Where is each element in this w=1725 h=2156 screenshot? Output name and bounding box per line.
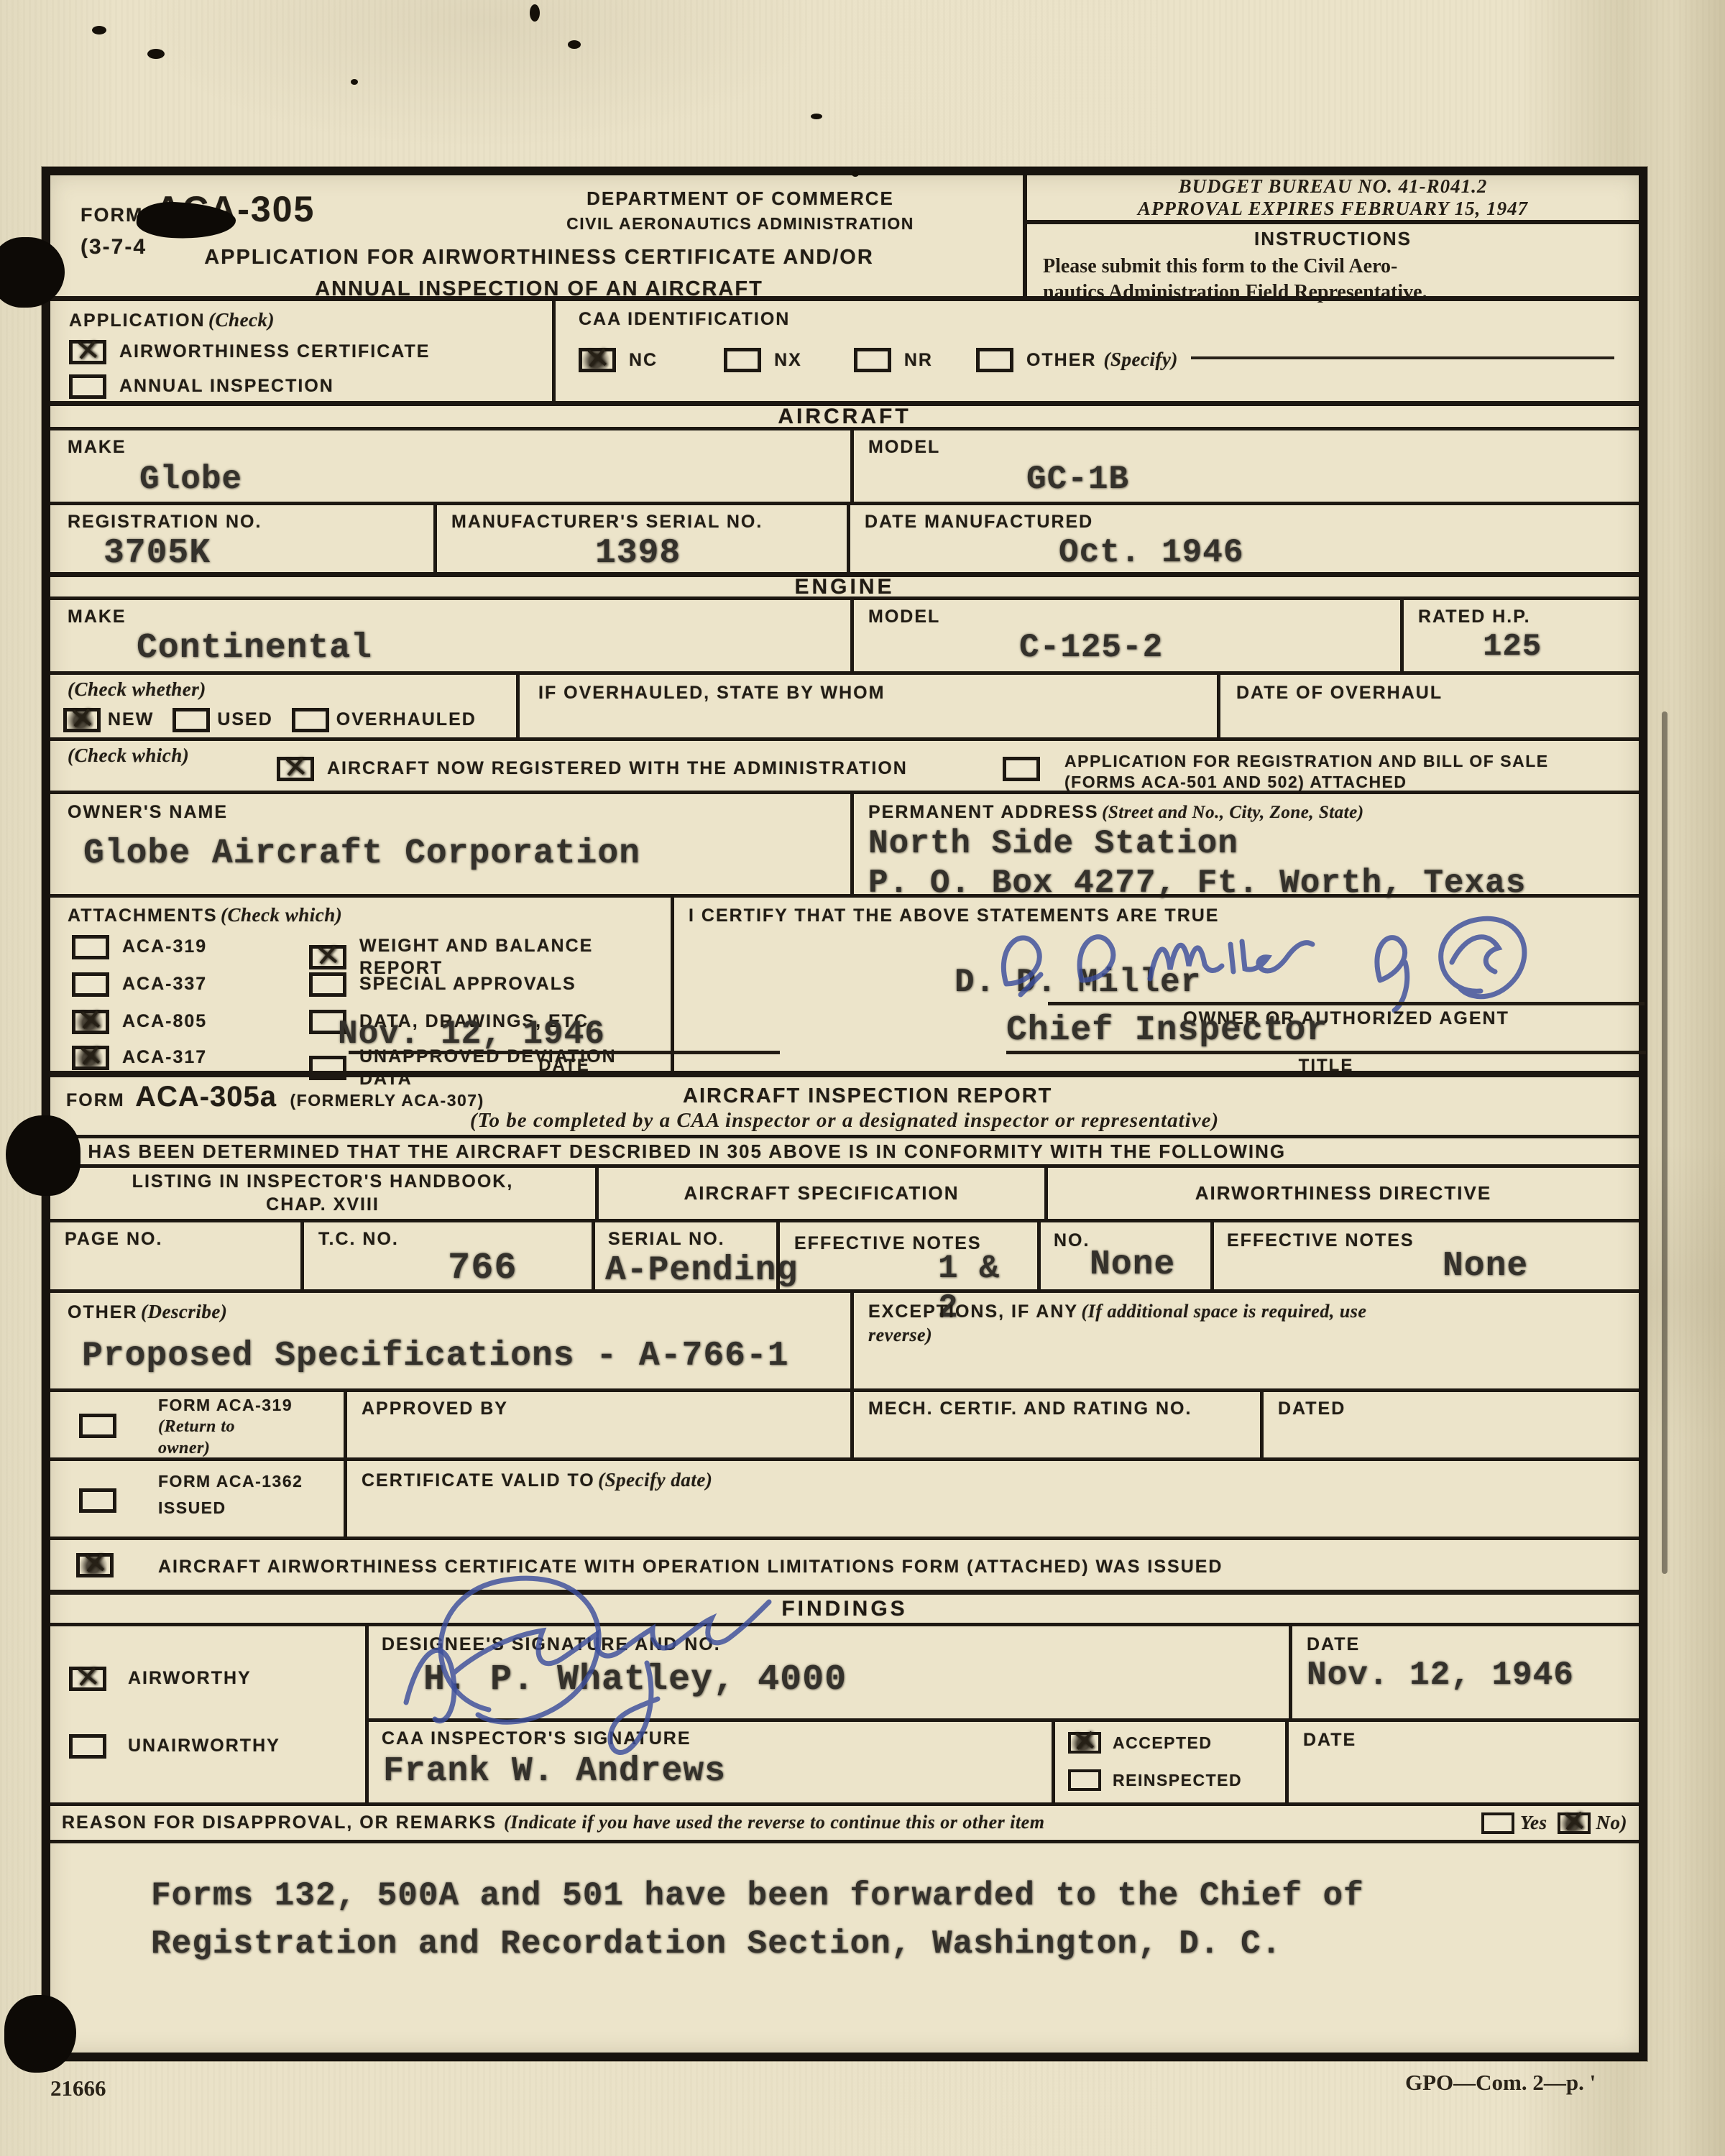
approval-expires-line: APPROVAL EXPIRES FEBRUARY 15, 1947: [1138, 198, 1528, 220]
owner-name-value: Globe Aircraft Corporation: [83, 834, 850, 875]
form-1362-checkbox[interactable]: [79, 1488, 116, 1513]
engine-new-checkbox[interactable]: [63, 708, 101, 732]
certification-cell: I CERTIFY THAT THE ABOVE STATEMENTS ARE …: [671, 898, 1639, 1071]
reinspected-checkbox[interactable]: [1068, 1769, 1101, 1791]
registration-cell: REGISTRATION NO. 3705K: [50, 505, 433, 572]
tc-no-value: 766: [448, 1246, 592, 1291]
overhauled-by-label: IF OVERHAULED, STATE BY WHOM: [538, 682, 1217, 704]
inspection-report-header-cell: FORM ACA-305a (FORMERLY ACA-307) AIRCRAF…: [50, 1077, 1639, 1164]
registration-attached-line2: (FORMS ACA-501 AND 502) ATTACHED: [1064, 772, 1549, 793]
airworthiness-certificate-checkbox[interactable]: [69, 340, 106, 364]
accepted-checkbox[interactable]: [1068, 1732, 1101, 1754]
date-manufactured-value: Oct. 1946: [1059, 533, 1639, 573]
registration-status-cell: (Check which) AIRCRAFT NOW REGISTERED WI…: [50, 741, 1639, 791]
remarks-line1: Forms 132, 500A and 501 have been forwar…: [151, 1872, 1639, 1920]
attachments-note: (Check which): [221, 904, 342, 926]
directive-notes-cell: EFFECTIVE NOTES None: [1210, 1222, 1639, 1289]
handbook-header-line2: CHAP. XVIII: [266, 1194, 379, 1216]
aircraft-make-label: MAKE: [68, 436, 850, 459]
nx-checkbox[interactable]: [724, 348, 761, 372]
exceptions-cell: EXCEPTIONS, IF ANY (If additional space …: [850, 1293, 1639, 1388]
engine-model-label: MODEL: [868, 606, 1400, 628]
designee-date-value: Nov. 12, 1946: [1307, 1656, 1639, 1695]
certificate-valid-label: CERTIFICATE VALID TO: [362, 1470, 595, 1491]
registration-value: 3705K: [103, 533, 433, 575]
aca-337-label: ACA-337: [122, 973, 207, 995]
scanned-form-page: FORM ACA-305 (3-7-4 DEPARTMENT OF COMMER…: [0, 0, 1725, 2156]
aca-305-form: FORM ACA-305 (3-7-4 DEPARTMENT OF COMMER…: [42, 167, 1647, 2061]
aca-317-checkbox[interactable]: [72, 1046, 109, 1070]
engine-make-label: MAKE: [68, 606, 850, 628]
aircraft-make-cell: MAKE Globe: [50, 430, 850, 502]
aca-805-checkbox[interactable]: [72, 1010, 109, 1034]
rated-hp-value: 125: [1483, 628, 1639, 666]
aircraft-model-cell: MODEL GC-1B: [850, 430, 1639, 502]
owner-address-cell: PERMANENT ADDRESS (Street and No., City,…: [850, 794, 1639, 894]
form-1362-cell: FORM ACA-1362 ISSUED: [50, 1461, 344, 1537]
nr-label: NR: [904, 349, 933, 372]
registration-attached-line1: APPLICATION FOR REGISTRATION AND BILL OF…: [1064, 751, 1549, 772]
certify-statement: I CERTIFY THAT THE ABOVE STATEMENTS ARE …: [689, 905, 1639, 927]
directive-header: AIRWORTHINESS DIRECTIVE: [1195, 1181, 1491, 1205]
exceptions-label: EXCEPTIONS, IF ANY: [868, 1302, 1078, 1322]
designee-signature-value: H. P. Whatley, 4000: [423, 1659, 1289, 1702]
registered-label: AIRCRAFT NOW REGISTERED WITH THE ADMINIS…: [327, 757, 908, 780]
serial-cell: MANUFACTURER'S SERIAL NO. 1398: [433, 505, 847, 572]
spec-table-header-row: LISTING IN INSPECTOR'S HANDBOOK, CHAP. X…: [50, 1164, 1639, 1219]
engine-condition-row: (Check whether) NEW USED OVERHAULED IF O…: [50, 671, 1639, 737]
handbook-header-cell: LISTING IN INSPECTOR'S HANDBOOK, CHAP. X…: [50, 1168, 595, 1219]
aca-805-label: ACA-805: [122, 1010, 207, 1033]
serial-value: 1398: [595, 533, 847, 575]
annual-inspection-checkbox[interactable]: [69, 374, 106, 399]
form-319-label: FORM ACA-319: [158, 1395, 293, 1416]
directive-header-cell: AIRWORTHINESS DIRECTIVE: [1044, 1168, 1639, 1219]
reinspected-label: REINSPECTED: [1113, 1770, 1242, 1791]
form-319-note2: owner): [158, 1437, 293, 1459]
aca-319-label: ACA-319: [122, 936, 207, 958]
caa-identification-label: CAA IDENTIFICATION: [579, 308, 1621, 331]
airworthiness-certificate-label: AIRWORTHINESS CERTIFICATE: [119, 341, 430, 363]
registered-checkbox[interactable]: [277, 757, 314, 781]
nc-label: NC: [629, 349, 658, 372]
remarks-no-label: No): [1596, 1811, 1628, 1835]
overhaul-date-cell: DATE OF OVERHAUL: [1217, 675, 1639, 737]
caa-inspector-signature-label: CAA INSPECTOR'S SIGNATURE: [382, 1728, 1052, 1750]
engine-make-cell: MAKE Continental: [50, 600, 850, 671]
address-note: (Street and No., City, Zone, State): [1102, 803, 1363, 822]
designee-signature-label: DESIGNEE'S SIGNATURE AND NO.: [382, 1634, 1289, 1656]
engine-new-label: NEW: [108, 709, 154, 731]
approved-by-label: APPROVED BY: [362, 1398, 850, 1420]
inspector-date-label: DATE: [1303, 1729, 1639, 1751]
form-1362-row: FORM ACA-1362 ISSUED CERTIFICATE VALID T…: [50, 1457, 1639, 1537]
form-319-checkbox[interactable]: [79, 1414, 116, 1438]
owner-name-cell: OWNER'S NAME Globe Aircraft Corporation: [50, 794, 850, 894]
rated-hp-cell: RATED H.P. 125: [1400, 600, 1639, 671]
form-title-line1: APPLICATION FOR AIRWORTHINESS CERTIFICAT…: [93, 244, 985, 270]
certificate-issued-cell: AIRCRAFT AIRWORTHINESS CERTIFICATE WITH …: [50, 1540, 1639, 1590]
unairworthy-label: UNAIRWORTHY: [128, 1735, 280, 1757]
nc-checkbox[interactable]: [579, 348, 616, 372]
registration-status-row: (Check which) AIRCRAFT NOW REGISTERED WI…: [50, 737, 1639, 791]
weight-balance-checkbox[interactable]: [309, 945, 346, 969]
designee-date-label: DATE: [1307, 1634, 1639, 1656]
remarks-yes-checkbox[interactable]: [1481, 1812, 1514, 1834]
tc-no-cell: T.C. NO. 766: [300, 1222, 592, 1289]
nr-checkbox[interactable]: [854, 348, 891, 372]
dated-cell: DATED: [1260, 1392, 1639, 1457]
annual-inspection-label: ANNUAL INSPECTION: [119, 375, 334, 397]
aircraft-make-value: Globe: [139, 460, 850, 499]
attachments-row: ATTACHMENTS (Check which) ACA-319 ACA-33…: [50, 894, 1639, 1071]
aca-317-label: ACA-317: [122, 1046, 207, 1069]
directive-notes-value: None: [1443, 1246, 1639, 1288]
dated-label: DATED: [1278, 1398, 1639, 1420]
spec-serial-value: A-Pending: [605, 1250, 776, 1292]
attachments-label: ATTACHMENTS: [68, 906, 218, 926]
certificate-issued-row: AIRCRAFT AIRWORTHINESS CERTIFICATE WITH …: [50, 1537, 1639, 1590]
effective-notes-cell: EFFECTIVE NOTES 1 & 2: [776, 1222, 1037, 1289]
report-title: AIRCRAFT INSPECTION REPORT: [683, 1083, 1052, 1109]
address-label: PERMANENT ADDRESS: [868, 802, 1099, 822]
certificate-valid-note: (Specify date): [598, 1469, 712, 1491]
address-line1: North Side Station: [868, 824, 1639, 865]
exceptions-note2: reverse): [868, 1324, 1639, 1347]
registration-label: REGISTRATION NO.: [68, 511, 433, 533]
form-319-row: FORM ACA-319 (Return to owner) APPROVED …: [50, 1388, 1639, 1457]
budget-bureau-line: BUDGET BUREAU NO. 41-R041.2: [1179, 175, 1488, 198]
aca-319-checkbox[interactable]: [72, 935, 109, 959]
engine-make-row: MAKE Continental MODEL C-125-2 RATED H.P…: [50, 596, 1639, 671]
findings-band: FINDINGS: [50, 1590, 1639, 1623]
other-label: OTHER: [1026, 349, 1097, 372]
aircraft-spec-header-cell: AIRCRAFT SPECIFICATION: [595, 1168, 1044, 1219]
other-checkbox[interactable]: [976, 348, 1013, 372]
rated-hp-label: RATED H.P.: [1418, 606, 1639, 628]
caa-inspector-signature-value: Frank W. Andrews: [383, 1751, 1052, 1793]
spec-serial-label: SERIAL NO.: [608, 1228, 776, 1250]
airworthy-checkbox[interactable]: [69, 1667, 106, 1691]
check-which-note: (Check which): [68, 744, 189, 768]
report-form-number: ACA-305a: [135, 1081, 277, 1112]
aircraft-make-row: MAKE Globe MODEL GC-1B: [50, 427, 1639, 502]
engine-used-label: USED: [217, 709, 272, 731]
findings-band-label: FINDINGS: [781, 1597, 907, 1621]
aircraft-model-label: MODEL: [868, 436, 1639, 459]
report-formerly: (FORMERLY ACA-307): [290, 1091, 484, 1110]
findings-verdict-cell: AIRWORTHY UNAIRWORTHY: [50, 1626, 365, 1802]
airworthy-label: AIRWORTHY: [128, 1667, 252, 1690]
spec-serial-cell: SERIAL NO. A-Pending: [592, 1222, 776, 1289]
findings-detail-cell: DESIGNEE'S SIGNATURE AND NO. H. P. Whatl…: [365, 1626, 1639, 1802]
aircraft-spec-header: AIRCRAFT SPECIFICATION: [684, 1181, 960, 1205]
engine-overhauled-checkbox[interactable]: [292, 708, 329, 732]
reason-row: REASON FOR DISAPPROVAL, OR REMARKS (Indi…: [50, 1802, 1639, 1840]
nx-label: NX: [774, 349, 802, 372]
form-319-note1: (Return to: [158, 1416, 293, 1437]
application-note: (Check): [208, 309, 275, 331]
application-row: APPLICATION (Check) AIRWORTHINESS CERTIF…: [50, 296, 1639, 401]
attachments-cell: ATTACHMENTS (Check which) ACA-319 ACA-33…: [50, 898, 671, 1071]
other-row: OTHER (Describe) Proposed Specifications…: [50, 1289, 1639, 1388]
engine-used-checkbox[interactable]: [172, 708, 210, 732]
special-approvals-label: SPECIAL APPROVALS: [359, 973, 576, 995]
engine-model-cell: MODEL C-125-2: [850, 600, 1400, 671]
page-no-cell: PAGE NO.: [50, 1222, 300, 1289]
handbook-header-line1: LISTING IN INSPECTOR'S HANDBOOK,: [132, 1171, 514, 1193]
instructions-title: INSTRUCTIONS: [1043, 227, 1623, 251]
special-approvals-checkbox[interactable]: [309, 972, 346, 997]
gpo-line: GPO—Com. 2—p. ': [1405, 2070, 1596, 2096]
mech-certif-cell: MECH. CERTIF. AND RATING NO.: [850, 1392, 1260, 1457]
report-subtitle: (To be completed by a CAA inspector or a…: [50, 1109, 1639, 1133]
certificate-issued-label: AIRCRAFT AIRWORTHINESS CERTIFICATE WITH …: [158, 1556, 1223, 1578]
aircraft-band-label: AIRCRAFT: [778, 405, 911, 429]
application-cell: APPLICATION (Check) AIRWORTHINESS CERTIF…: [50, 301, 552, 401]
owner-name-label: OWNER'S NAME: [68, 801, 850, 824]
inspection-report-header-row: FORM ACA-305a (FORMERLY ACA-307) AIRCRAF…: [50, 1071, 1639, 1164]
page-no-label: PAGE NO.: [65, 1228, 300, 1250]
engine-model-value: C-125-2: [1019, 628, 1400, 668]
certificate-valid-cell: CERTIFICATE VALID TO (Specify date): [344, 1461, 1639, 1537]
unairworthy-checkbox[interactable]: [69, 1734, 106, 1759]
engine-band: ENGINE: [50, 572, 1639, 596]
registration-attached-checkbox[interactable]: [1003, 757, 1040, 781]
date-manufactured-label: DATE MANUFACTURED: [865, 511, 1639, 533]
remarks-yes-label: Yes: [1520, 1811, 1547, 1835]
form-header-row: FORM ACA-305 (3-7-4 DEPARTMENT OF COMMER…: [50, 175, 1639, 296]
overhaul-date-label: DATE OF OVERHAUL: [1236, 682, 1639, 704]
directive-no-value: None: [1090, 1245, 1210, 1286]
form-1362-label2: ISSUED: [158, 1498, 303, 1519]
form-319-cell: FORM ACA-319 (Return to owner): [50, 1392, 344, 1457]
engine-condition-cell: (Check whether) NEW USED OVERHAULED: [50, 675, 516, 737]
dept-line1: DEPARTMENT OF COMMERCE: [496, 187, 985, 211]
data-drawings-checkbox[interactable]: [309, 1010, 346, 1034]
check-whether-note: (Check whether): [68, 678, 516, 702]
other-describe-cell: OTHER (Describe) Proposed Specifications…: [50, 1293, 850, 1388]
caa-identification-cell: CAA IDENTIFICATION NC NX NR OTHER (Speci…: [552, 301, 1639, 401]
aircraft-band: AIRCRAFT: [50, 401, 1639, 427]
reason-note: (Indicate if you have used the reverse t…: [504, 1811, 1044, 1835]
directive-no-cell: NO. None: [1037, 1222, 1210, 1289]
other-describe-value: Proposed Specifications - A-766-1: [82, 1336, 850, 1378]
findings-row: AIRWORTHY UNAIRWORTHY DESIGNEE'S SIGNATU…: [50, 1623, 1639, 1802]
accepted-label: ACCEPTED: [1113, 1733, 1213, 1754]
overhauled-by-cell: IF OVERHAULED, STATE BY WHOM: [516, 675, 1217, 737]
approved-by-cell: APPROVED BY: [344, 1392, 850, 1457]
serial-label: MANUFACTURER'S SERIAL NO.: [451, 511, 847, 533]
mech-certif-label: MECH. CERTIF. AND RATING NO.: [868, 1398, 1260, 1420]
engine-make-value: Continental: [137, 628, 850, 670]
exceptions-note1: (If additional space is required, use: [1082, 1301, 1367, 1322]
aca-337-checkbox[interactable]: [72, 972, 109, 997]
aircraft-registration-row: REGISTRATION NO. 3705K MANUFACTURER'S SE…: [50, 502, 1639, 572]
determination-statement: IT HAS BEEN DETERMINED THAT THE AIRCRAFT…: [62, 1140, 1286, 1164]
other-specify-line: [1191, 356, 1614, 359]
remarks-no-checkbox[interactable]: [1558, 1812, 1591, 1834]
other-describe-note: (Describe): [141, 1301, 227, 1322]
spec-table-data-row: PAGE NO. T.C. NO. 766 SERIAL NO. A-Pendi…: [50, 1219, 1639, 1289]
report-form-word: FORM: [66, 1090, 125, 1110]
form-1362-label: FORM ACA-1362: [158, 1471, 303, 1492]
other-describe-label: OTHER: [68, 1302, 138, 1322]
header-right: BUDGET BUREAU NO. 41-R041.2 APPROVAL EXP…: [1023, 175, 1639, 296]
engine-overhauled-label: OVERHAULED: [336, 709, 477, 731]
dept-line2: CIVIL AERONAUTICS ADMINISTRATION: [496, 213, 985, 234]
form-word: FORM: [80, 204, 143, 226]
certificate-issued-checkbox[interactable]: [76, 1553, 114, 1577]
remarks-body-row: Forms 132, 500A and 501 have been forwar…: [50, 1840, 1639, 2053]
remarks-line2: Registration and Recordation Section, Wa…: [151, 1920, 1639, 1968]
other-note: (Specify): [1103, 348, 1177, 372]
application-label: APPLICATION: [69, 310, 206, 331]
ink-blob: [6, 1115, 80, 1196]
data-drawings-label: DATA, DRAWINGS, ETC.: [359, 1010, 595, 1033]
date-manufactured-cell: DATE MANUFACTURED Oct. 1946: [847, 505, 1639, 572]
engine-band-label: ENGINE: [794, 575, 894, 599]
aircraft-model-value: GC-1B: [1026, 460, 1639, 499]
owner-row: OWNER'S NAME Globe Aircraft Corporation …: [50, 791, 1639, 894]
reason-label: REASON FOR DISAPPROVAL, OR REMARKS: [62, 1812, 497, 1834]
instructions-line1: Please submit this form to the Civil Aer…: [1043, 254, 1623, 280]
print-code: 21666: [50, 2076, 106, 2101]
